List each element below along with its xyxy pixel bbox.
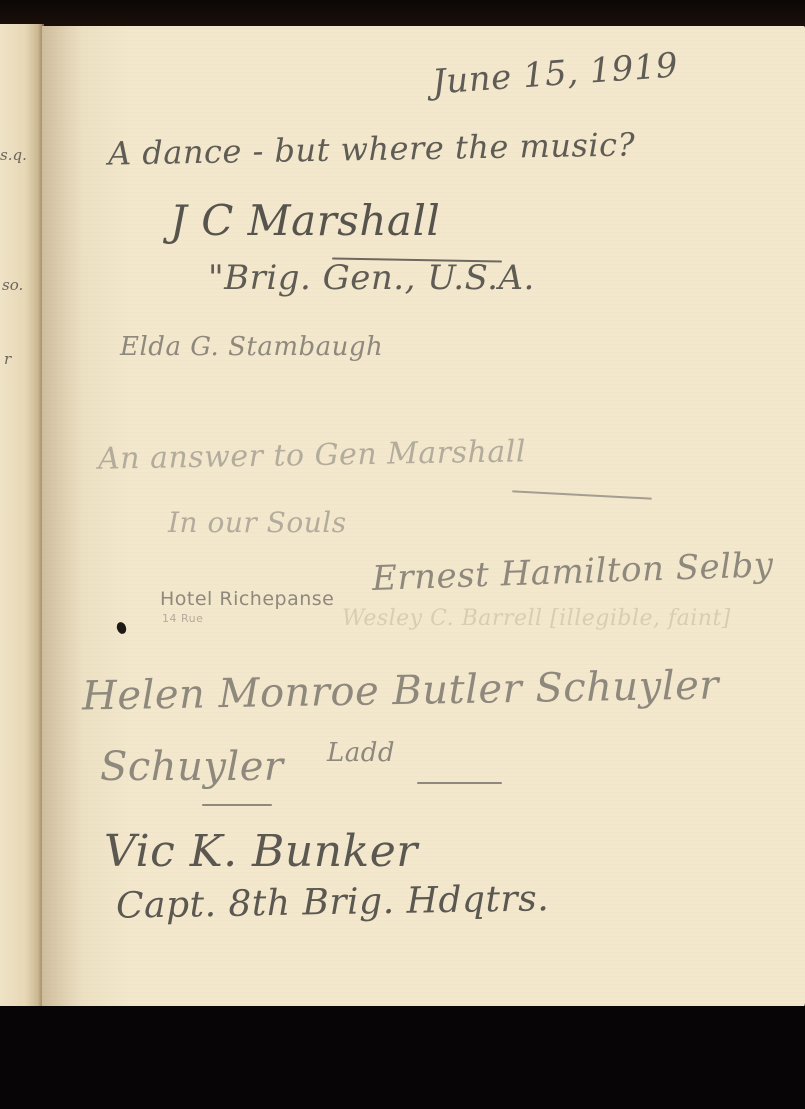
left-facing-page: s.q. so. r [0, 24, 44, 1009]
answer-underline [512, 490, 652, 499]
guest-book-page: June 15, 1919 A dance - but where the mu… [42, 26, 805, 1009]
ladd-underline [417, 782, 502, 784]
entry-answer-2: In our Souls [168, 506, 347, 539]
entry-answer: An answer to Gen Marshall [98, 434, 526, 476]
ink-blot [115, 621, 128, 635]
signature-marshall-title: "Brig. Gen., U.S.A. [208, 258, 535, 298]
hotel-name: Hotel Richepanse [160, 588, 334, 610]
schuyler-underline [202, 804, 272, 806]
signature-marshall: J C Marshall [170, 196, 440, 245]
signature-selby: Ernest Hamilton Selby [371, 545, 774, 599]
entry-remark: A dance - but where the music? [108, 125, 636, 172]
signature-ladd: Ladd [327, 738, 395, 768]
signature-schuyler-2: Schuyler [100, 744, 284, 790]
scan-bottom-edge [0, 1006, 805, 1109]
signature-bunker: Vic K. Bunker [104, 826, 418, 877]
left-page-fragment: s.q. [0, 146, 27, 164]
entry-date: June 15, 1919 [431, 45, 679, 102]
signature-stambaugh: Elda G. Stambaugh [120, 332, 383, 362]
left-page-fragment: r [4, 350, 11, 368]
signature-bunker-title: Capt. 8th Brig. Hdqtrs. [116, 878, 550, 927]
left-page-fragment: so. [2, 276, 23, 294]
hotel-street: 14 Rue [162, 612, 203, 625]
signature-schuyler: Helen Monroe Butler Schuyler [82, 662, 720, 719]
bleed-through-text: Wesley C. Barrell [illegible, faint] [342, 606, 731, 631]
